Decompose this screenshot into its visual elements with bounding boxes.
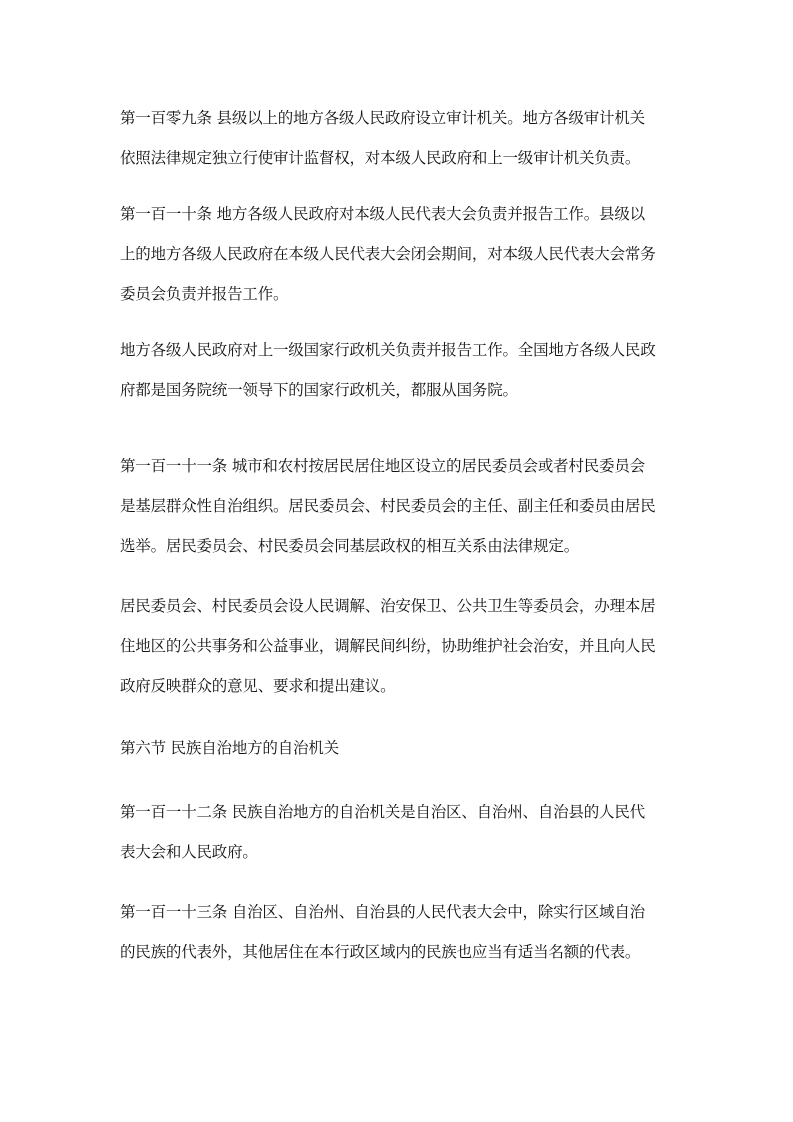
article-109-line-2: 依照法律规定独立行使审计监督权，对本级人民政府和上一级审计机关负责。: [120, 148, 640, 168]
article-109-line-1: 第一百零九条 县级以上的地方各级人民政府设立审计机关。地方各级审计机关: [120, 108, 645, 128]
article-111-line-3: 选举。居民委员会、村民委员会同基层政权的相互关系由法律规定。: [120, 536, 579, 556]
article-113-line-1: 第一百一十三条 自治区、自治州、自治县的人民代表大会中，除实行区域自治: [120, 902, 645, 922]
article-110-line-2: 上的地方各级人民政府在本级人民代表大会闭会期间，对本级人民代表大会常务: [120, 244, 656, 264]
article-111-line-1: 第一百一十一条 城市和农村按居民居住地区设立的居民委员会或者村民委员会: [120, 456, 645, 476]
article-112-line-1: 第一百一十二条 民族自治地方的自治机关是自治区、自治州、自治县的人民代: [120, 802, 645, 822]
article-111-p2-line-2: 住地区的公共事务和公益事业，调解民间纠纷，协助维护社会治安，并且向人民: [120, 636, 656, 656]
article-110-p2-line-2: 府都是国务院统一领导下的国家行政机关，都服从国务院。: [120, 380, 518, 400]
article-110-line-3: 委员会负责并报告工作。: [120, 284, 288, 304]
article-110-line-1: 第一百一十条 地方各级人民政府对本级人民代表大会负责并报告工作。县级以: [120, 204, 645, 224]
article-111-p2-line-3: 政府反映群众的意见、要求和提出建议。: [120, 676, 395, 696]
section-heading: 第六节 民族自治地方的自治机关: [120, 738, 339, 758]
article-110-p2-line-1: 地方各级人民政府对上一级国家行政机关负责并报告工作。全国地方各级人民政: [120, 340, 656, 360]
article-111-p2-line-1: 居民委员会、村民委员会设人民调解、治安保卫、公共卫生等委员会，办理本居: [120, 596, 656, 616]
article-111-line-2: 是基层群众性自治组织。居民委员会、村民委员会的主任、副主任和委员由居民: [120, 496, 656, 516]
article-112-line-2: 表大会和人民政府。: [120, 842, 258, 862]
article-113-line-2: 的民族的代表外，其他居住在本行政区域内的民族也应当有适当名额的代表。: [120, 942, 640, 962]
